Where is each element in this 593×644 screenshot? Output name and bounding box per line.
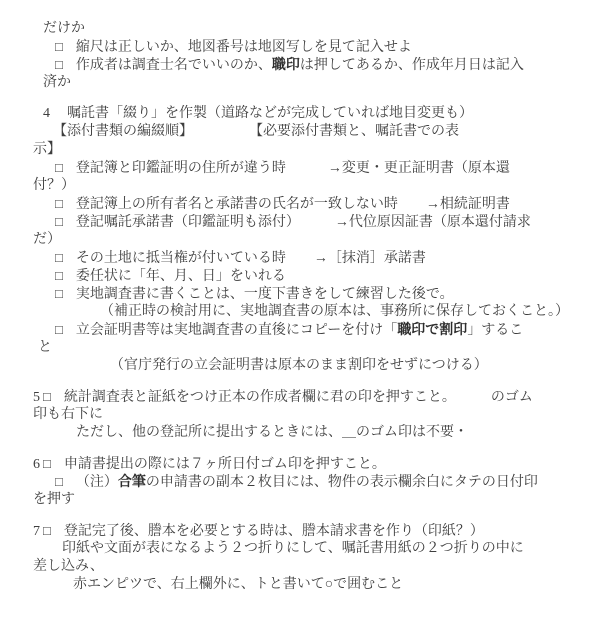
document-line: 6□申請書提出の際には７ヶ所日付ゴム印を押すこと。 (0, 455, 593, 473)
document-line: 【添付書類の編綴順】 【必要添付書類と、嘱託書での表 (0, 123, 593, 141)
document-line: 差し込み、 (0, 558, 593, 576)
checkbox-icon: □ (55, 38, 63, 56)
text-segment: 嘱託書「綴り」を作製（道路などが完成していれば地目変更も） (53, 106, 473, 121)
document-line: □立会証明書等は実地調査書の直後にコピーを付け「職印で割印」するこ (0, 321, 593, 339)
text-segment: （官庁発行の立会証明書は原本のまま割印をせずにつける） (110, 358, 488, 373)
document-body: だけか□縮尺は正しいか、地図番号は地図写しを見て記入せよ□作成者は調査士名でいい… (0, 20, 593, 594)
document-line: 7□登記完了後、謄本を必要とする時は、謄本請求書を作り（印紙？） (0, 522, 593, 540)
text-segment: 【添付書類の編綴順】 【必要添付書類と、嘱託書での表 (53, 124, 459, 139)
document-line: だけか (0, 20, 593, 38)
text-segment: 済か (43, 75, 71, 90)
checkbox-icon: □ (43, 388, 51, 406)
text-segment: 印紙や文面が表になるよう２つ折りにして、嘱託書用紙の２つ折りの中に (62, 541, 524, 556)
checkbox-icon: □ (55, 285, 63, 303)
text-segment: 合筆 (118, 475, 146, 490)
text-segment: 委任状に「年、月、日」をいれる (76, 269, 286, 284)
document-line: と (0, 339, 593, 357)
item-number: 6 (33, 457, 40, 472)
document-line: □委任状に「年、月、日」をいれる (0, 267, 593, 285)
text-segment: その土地に抵当権が付いている時 →［抹消］承諾書 (76, 251, 426, 266)
text-segment: （補正時の検討用に、実地調査書の原本は、事務所に保存しておくこと。） (100, 304, 569, 319)
text-segment: 登記嘱託承諾書（印鑑証明も添付） →代位原因証書（原本還付請求 (76, 215, 531, 230)
item-number: 5 (33, 390, 40, 405)
document-line: （官庁発行の立会証明書は原本のまま割印をせずにつける） (0, 357, 593, 375)
checkbox-icon: □ (55, 473, 63, 491)
text-segment: （注） (76, 475, 118, 490)
document-line: □登記簿と印鑑証明の住所が違う時 →変更・更正証明書（原本還 (0, 159, 593, 177)
text-segment: 登記簿上の所有者名と承諾書の氏名が一致しない時 →相続証明書 (76, 197, 510, 212)
document-line: 印紙や文面が表になるよう２つ折りにして、嘱託書用紙の２つ折りの中に (0, 540, 593, 558)
document-line: □縮尺は正しいか、地図番号は地図写しを見て記入せよ (0, 38, 593, 56)
document-line: □作成者は調査士名でいいのか、職印は押してあるか、作成年月日は記入 (0, 56, 593, 74)
document-line: □その土地に抵当権が付いている時 →［抹消］承諾書 (0, 249, 593, 267)
text-segment: 示】 (33, 142, 61, 157)
text-segment: 職印 (272, 58, 300, 73)
text-segment: 赤エンピツで、右上欄外に、トと書いて○で囲むこと (73, 577, 403, 592)
document-line: （補正時の検討用に、実地調査書の原本は、事務所に保存しておくこと。） (0, 303, 593, 321)
checkbox-icon: □ (55, 321, 63, 339)
text-segment: 登記簿と印鑑証明の住所が違う時 →変更・更正証明書（原本還 (76, 161, 510, 176)
text-segment: だけか (43, 21, 85, 36)
text-segment: と (38, 340, 52, 355)
document-line: 示】 (0, 141, 593, 159)
document-page: だけか□縮尺は正しいか、地図番号は地図写しを見て記入せよ□作成者は調査士名でいい… (0, 0, 593, 594)
text-segment: 」するこ (467, 323, 523, 338)
document-line: □登記簿上の所有者名と承諾書の氏名が一致しない時 →相続証明書 (0, 195, 593, 213)
document-line: 済か (0, 74, 593, 92)
checkbox-icon: □ (55, 195, 63, 213)
document-line: □実地調査書に書くことは、一度下書きをして練習した後で。 (0, 285, 593, 303)
checkbox-icon: □ (55, 159, 63, 177)
checkbox-icon: □ (55, 56, 63, 74)
text-segment: だ） (33, 232, 61, 247)
text-segment: 登記完了後、謄本を必要とする時は、謄本請求書を作り（印紙？） (64, 524, 484, 539)
checkbox-icon: □ (43, 522, 51, 540)
checkbox-icon: □ (55, 213, 63, 231)
document-line: 4 嘱託書「綴り」を作製（道路などが完成していれば地目変更も） (0, 105, 593, 123)
text-segment: 作成者は調査士名でいいのか、 (76, 58, 272, 73)
text-segment: 実地調査書に書くことは、一度下書きをして練習した後で。 (76, 287, 454, 302)
checkbox-icon: □ (43, 455, 51, 473)
text-segment: ただし、他の登記所に提出するときには、＿のゴム印は不要・ (76, 425, 468, 440)
text-segment: 縮尺は正しいか、地図番号は地図写しを見て記入せよ (76, 40, 412, 55)
document-line: 印も右下に (0, 406, 593, 424)
document-line: 5□統計調査表と証紙をつけ正本の作成者欄に君の印を押すこと。 のゴム (0, 388, 593, 406)
text-segment: 統計調査表と証紙をつけ正本の作成者欄に君の印を押すこと。 のゴム (64, 390, 533, 405)
item-number: 4 (43, 106, 50, 121)
item-number: 7 (33, 524, 40, 539)
text-segment: 差し込み、 (33, 559, 104, 574)
document-line: ただし、他の登記所に提出するときには、＿のゴム印は不要・ (0, 424, 593, 442)
document-line: 赤エンピツで、右上欄外に、トと書いて○で囲むこと (0, 576, 593, 594)
document-line: 付？） (0, 177, 593, 195)
checkbox-icon: □ (55, 249, 63, 267)
text-segment: を押す (33, 492, 75, 507)
document-line: □登記嘱託承諾書（印鑑証明も添付） →代位原因証書（原本還付請求 (0, 213, 593, 231)
text-segment: 印も右下に (33, 407, 103, 422)
document-line: を押す (0, 491, 593, 509)
document-line: だ） (0, 231, 593, 249)
document-line: □（注）合筆の申請書の副本２枚目には、物件の表示欄余白にタテの日付印 (0, 473, 593, 491)
text-segment: 申請書提出の際には７ヶ所日付ゴム印を押すこと。 (64, 457, 386, 472)
text-segment: は押してあるか、作成年月日は記入 (300, 58, 524, 73)
text-segment: 職印で割印 (397, 323, 467, 338)
text-segment: の申請書の副本２枚目には、物件の表示欄余白にタテの日付印 (146, 475, 538, 490)
text-segment: 付？） (33, 178, 75, 193)
text-segment: 立会証明書等は実地調査書の直後にコピーを付け「 (76, 323, 397, 338)
checkbox-icon: □ (55, 267, 63, 285)
